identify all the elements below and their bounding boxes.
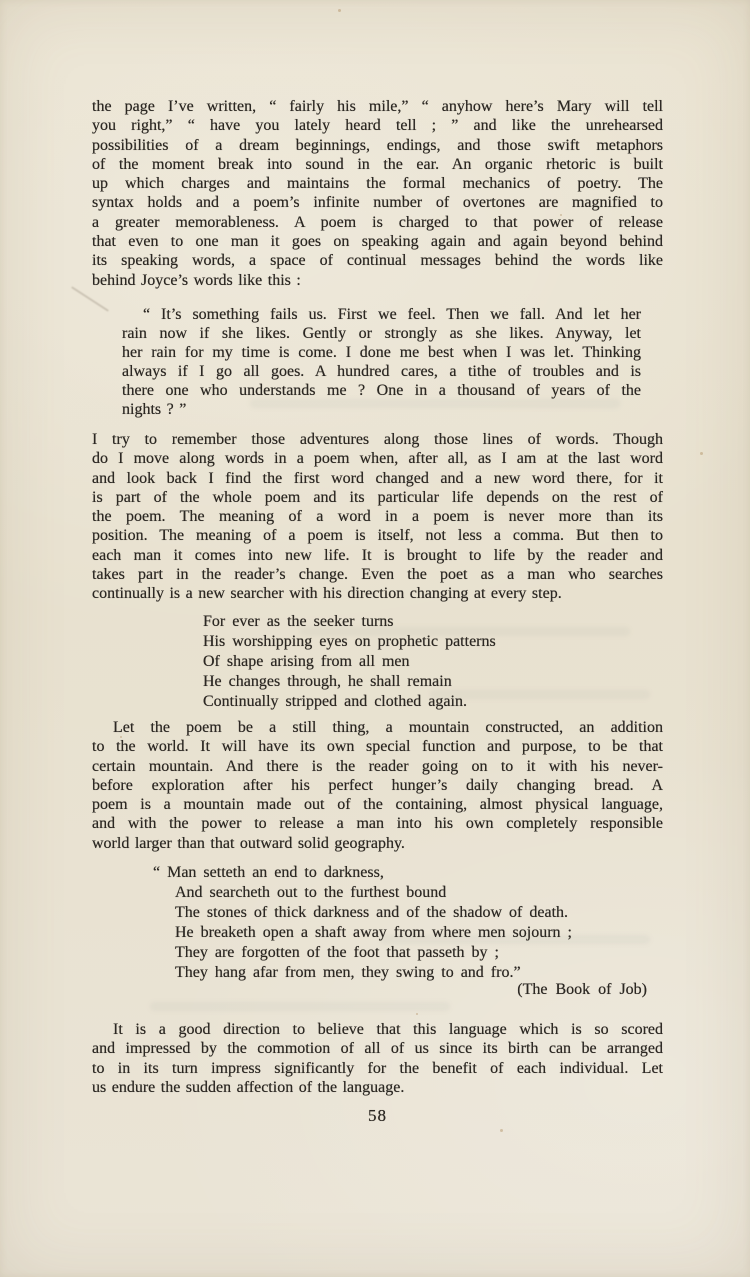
text-line: world larger than that outward solid geo…: [92, 834, 663, 853]
verse-line: Of shape arising from all men: [203, 652, 496, 672]
verse-quote: For ever as the seeker turns His worship…: [203, 612, 496, 712]
text-line: always if I go all goes. A hundred cares…: [122, 362, 641, 381]
paper-crease: [71, 286, 109, 312]
showthrough-ghost: [150, 1002, 450, 1011]
text-line: syntax holds and a poem’s infinite numbe…: [92, 193, 663, 212]
verse-line: Continually stripped and clothed again.: [203, 692, 496, 712]
text-line: each man it comes into new life. It is b…: [92, 546, 663, 565]
text-line: and with the power to release a man into…: [92, 814, 663, 833]
text-line: its speaking words, a space of continual…: [92, 251, 663, 270]
text-line: us endure the sudden affection of the la…: [92, 1078, 663, 1097]
text-line: the poem. The meaning of a word in a poe…: [92, 507, 663, 526]
text-line: and look back I find the first word chan…: [92, 469, 663, 488]
text-line: a greater memorableness. A poem is charg…: [92, 213, 663, 232]
foxing-speck: [500, 1129, 503, 1132]
verse-line: And searcheth out to the furthest bound: [175, 883, 650, 903]
text-line: “ It’s something fails us. First we feel…: [122, 305, 641, 324]
text-line: up which charges and maintains the forma…: [92, 174, 663, 193]
text-line: Let the poem be a still thing, a mountai…: [92, 718, 663, 737]
text-line: of the moment break into sound in the ea…: [92, 155, 663, 174]
text-line: possibilities of a dream beginnings, end…: [92, 136, 663, 155]
text-line: rain now if she likes. Gently or strongl…: [122, 324, 641, 343]
verse-line: For ever as the seeker turns: [203, 612, 496, 632]
quote-attribution: (The Book of Job): [92, 981, 663, 999]
paragraph-3: Let the poem be a still thing, a mountai…: [92, 718, 663, 853]
text-line: takes part in the reader’s change. Even …: [92, 565, 663, 584]
job-quote: “ Man setteth an end to darkness, And se…: [175, 863, 650, 983]
text-line: behind Joyce’s words like this :: [92, 271, 663, 290]
text-line: that even to one man it goes on speaking…: [92, 232, 663, 251]
text-line: is part of the whole poem and its partic…: [92, 488, 663, 507]
joyce-quote: “ It’s something fails us. First we feel…: [122, 305, 641, 419]
verse-line: They hang afar from men, they swing to a…: [175, 963, 650, 983]
text-line: I try to remember those adventures along…: [92, 430, 663, 449]
text-line: poem is a mountain made out of the conta…: [92, 795, 663, 814]
verse-line: “ Man setteth an end to darkness,: [175, 863, 650, 883]
foxing-speck: [338, 9, 341, 12]
text-line: certain mountain. And there is the reade…: [92, 757, 663, 776]
text-line: position. The meaning of a poem is itsel…: [92, 526, 663, 545]
verse-line: They are forgotten of the foot that pass…: [175, 943, 650, 963]
text-line: her rain for my time is come. I done me …: [122, 343, 641, 362]
text-line: you right,” “ have you lately heard tell…: [92, 116, 663, 135]
paragraph-2: I try to remember those adventures along…: [92, 430, 663, 604]
verse-line: He changes through, he shall remain: [203, 672, 496, 692]
paragraph-1: the page I’ve written, “ fairly his mile…: [92, 97, 663, 290]
text-line: to the world. It will have its own speci…: [92, 737, 663, 756]
text-line: do I move along words in a poem when, af…: [92, 449, 663, 468]
verse-line: His worshipping eyes on prophetic patter…: [203, 632, 496, 652]
verse-line: He breaketh open a shaft away from where…: [175, 923, 650, 943]
text-line: nights ? ”: [122, 400, 641, 419]
book-page: the page I’ve written, “ fairly his mile…: [0, 0, 750, 1277]
foxing-speck: [700, 452, 703, 455]
paragraph-4: It is a good direction to believe that t…: [92, 1020, 663, 1097]
text-line: It is a good direction to believe that t…: [92, 1020, 663, 1039]
text-line: to in its turn impress significantly for…: [92, 1059, 663, 1078]
text-line: the page I’ve written, “ fairly his mile…: [92, 97, 663, 116]
text-line: there one who understands me ? One in a …: [122, 381, 641, 400]
page-number: 58: [92, 1106, 663, 1126]
text-line: and impressed by the commotion of all of…: [92, 1039, 663, 1058]
text-line: before exploration after his perfect hun…: [92, 776, 663, 795]
foxing-speck: [416, 1013, 418, 1015]
verse-line: The stones of thick darkness and of the …: [175, 903, 650, 923]
text-line: continually is a new searcher with his d…: [92, 584, 663, 603]
